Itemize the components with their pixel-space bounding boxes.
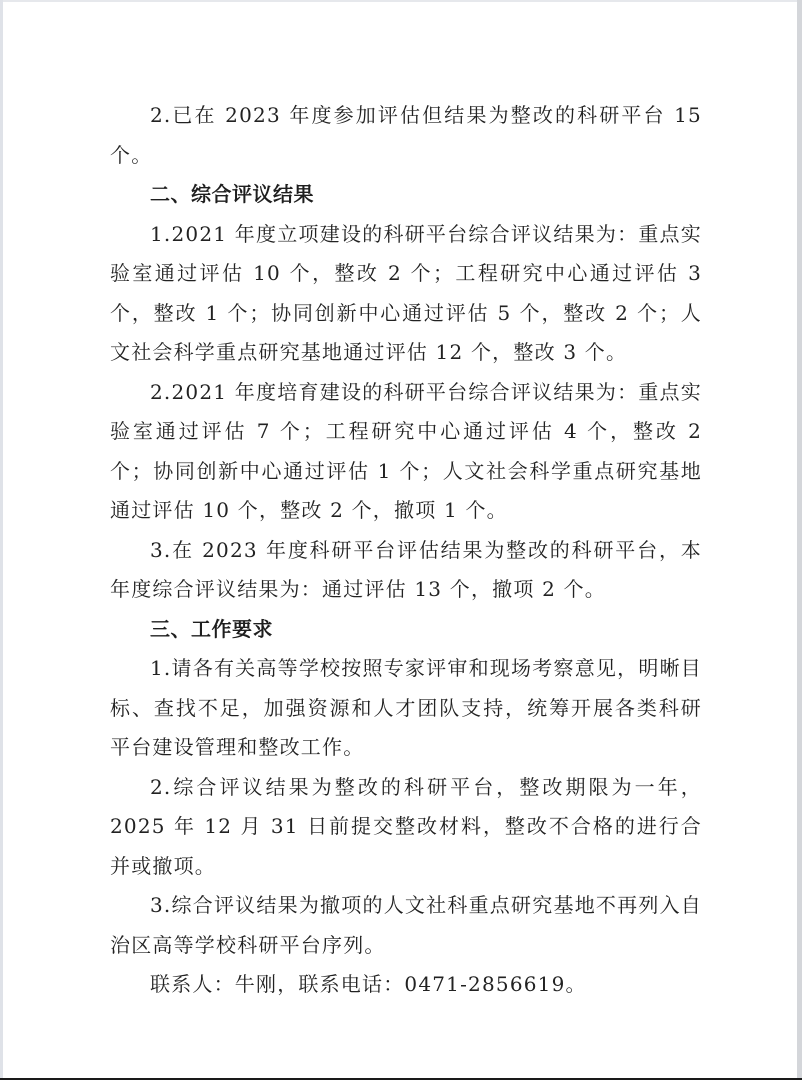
section3-item-3: 3.综合评议结果为撤项的人文社科重点研究基地不再列入自治区高等学校科研平台序列。 bbox=[110, 886, 702, 965]
section3-heading: 三、工作要求 bbox=[110, 610, 702, 650]
page-left-edge bbox=[0, 0, 3, 1080]
section3-item-1: 1.请各有关高等学校按照专家评审和现场考察意见，明晰目标、查找不足，加强资源和人… bbox=[110, 649, 702, 768]
contact-line: 联系人：牛刚，联系电话：0471-2856619。 bbox=[110, 965, 702, 1005]
section1-item-2: 2.已在 2023 年度参加评估但结果为整改的科研平台 15 个。 bbox=[110, 96, 702, 175]
page-right-edge bbox=[797, 0, 802, 1080]
section2-heading: 二、综合评议结果 bbox=[110, 175, 702, 215]
section2-item-2: 2.2021 年度培育建设的科研平台综合评议结果为：重点实验室通过评估 7 个；… bbox=[110, 373, 702, 531]
section2-item-3: 3.在 2023 年度科研平台评估结果为整改的科研平台，本年度综合评议结果为：通… bbox=[110, 531, 702, 610]
document-viewer: 2.已在 2023 年度参加评估但结果为整改的科研平台 15 个。 二、综合评议… bbox=[0, 0, 802, 1080]
section3-item-2: 2.综合评议结果为整改的科研平台，整改期限为一年，2025 年 12 月 31 … bbox=[110, 768, 702, 887]
document-page: 2.已在 2023 年度参加评估但结果为整改的科研平台 15 个。 二、综合评议… bbox=[110, 96, 702, 1005]
page-top-edge bbox=[0, 0, 802, 2]
section2-item-1: 1.2021 年度立项建设的科研平台综合评议结果为：重点实验室通过评估 10 个… bbox=[110, 215, 702, 373]
